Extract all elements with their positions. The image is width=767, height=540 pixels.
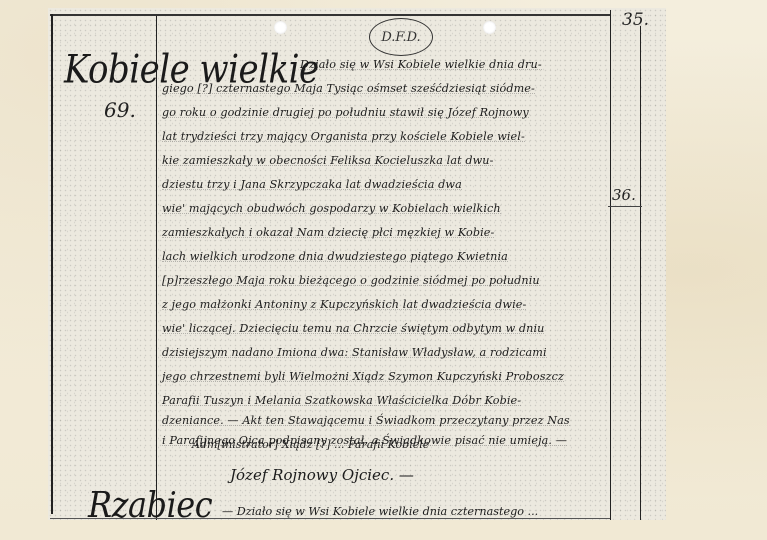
folio-tick-rule [608, 206, 642, 207]
right-inner-margin-rule [610, 10, 611, 520]
administrator-annotation: Adm[inistrator] Xiądz [?] ... Parafii Ko… [192, 438, 429, 451]
record-line: jego chrzestnemi byli Wielmożni Xiądz Sz… [162, 370, 564, 383]
record-line: giego [?] czternastego Maja Tysiąc ośmse… [162, 82, 535, 95]
record-line: dziestu trzy i Jana Skrzypczaka lat dwad… [162, 178, 462, 191]
record-line: wie' liczącej. Dziecięciu temu na Chrzci… [162, 322, 544, 335]
record-line: Działo się w Wsi Kobiele wielkie dnia dr… [300, 58, 542, 71]
right-outer-margin-rule [640, 26, 641, 520]
record-line: wie' mających obudwóch gospodarzy w Kobi… [162, 202, 501, 215]
record-line: dzisiejszym nadano Imiona dwa: Stanisław… [162, 346, 547, 359]
next-village-name-heading: Rzabiec [88, 484, 212, 526]
archive-stamp: D.F.D. [369, 18, 433, 56]
record-line: kie zamieszkały w obecności Feliksa Koci… [162, 154, 493, 167]
act-number: 69. [104, 98, 136, 122]
record-line: dzeniance. — Akt ten Stawającemu i Świad… [162, 414, 570, 427]
stamp-text: D.F.D. [381, 30, 420, 45]
folio-number: 36. [612, 186, 636, 204]
top-rule [50, 14, 610, 16]
record-line: zamieszkałych i okazał Nam dziecię płci … [162, 226, 494, 239]
father-signature: Józef Rojnowy Ojciec. — [230, 466, 414, 484]
left-outer-margin-rule [51, 14, 53, 514]
punch-hole-left [274, 21, 287, 34]
record-line: z jego małżonki Antoniny z Kupczyńskich … [162, 298, 526, 311]
next-record-line: — Działo się w Wsi Kobiele wielkie dnia … [222, 505, 538, 518]
record-line: lat trydzieści trzy mający Organista prz… [162, 130, 525, 143]
record-line: [p]rzeszłego Maja roku bieżącego o godzi… [162, 274, 540, 287]
page-number: 35. [622, 10, 649, 30]
record-line: lach wielkich urodzone dnia dwudziestego… [162, 250, 508, 263]
punch-hole-right [483, 21, 496, 34]
record-line: Parafii Tuszyn i Melania Szatkowska Właś… [162, 394, 521, 407]
record-line: go roku o godzinie drugiej po południu s… [162, 106, 529, 119]
